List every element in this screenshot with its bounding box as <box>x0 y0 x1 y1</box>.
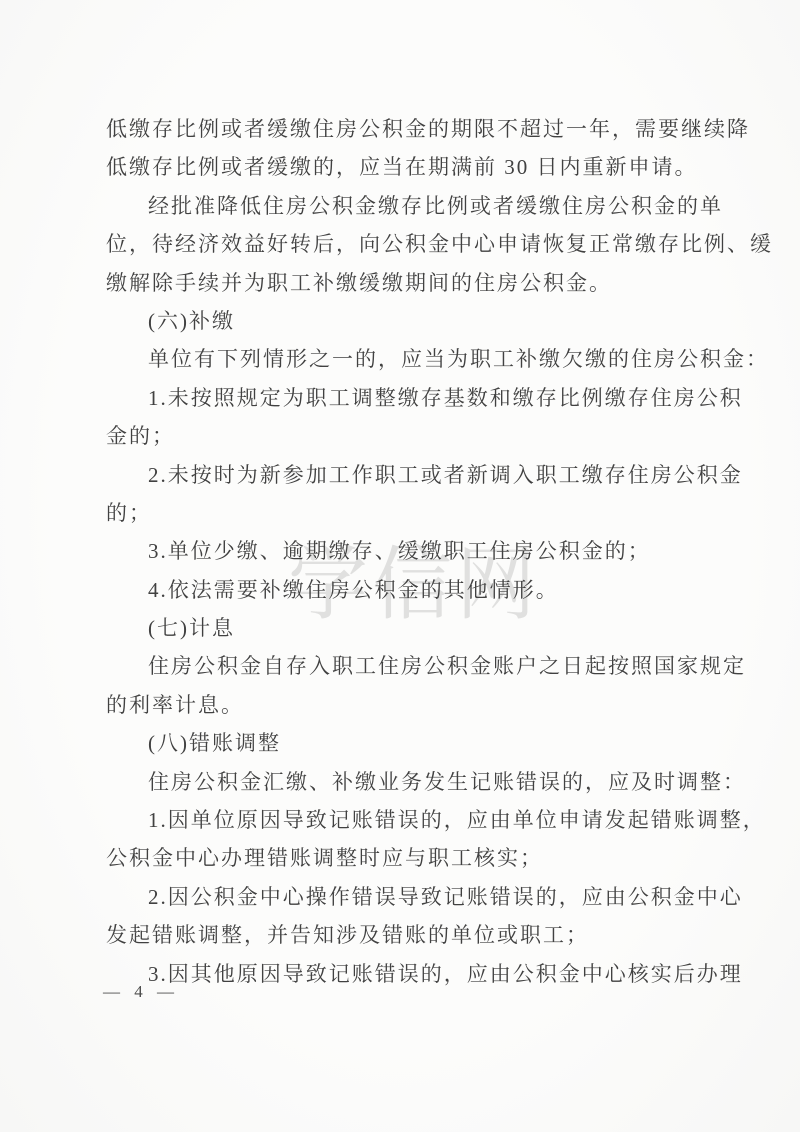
text-line: 金的； <box>106 417 736 455</box>
text-line: 的利率计息。 <box>106 686 736 724</box>
text-line: 1.因单位原因导致记账错误的，应由单位申请发起错账调整， <box>106 801 736 839</box>
text-layer: 低缴存比例或者缓缴住房公积金的期限不超过一年，需要继续降低缴存比例或者缓缴的，应… <box>106 110 736 993</box>
text-line: 经批准降低住房公积金缴存比例或者缓缴住房公积金的单 <box>106 187 736 225</box>
text-line: 缴解除手续并为职工补缴缓缴期间的住房公积金。 <box>106 264 736 302</box>
text-line: (七)计息 <box>106 609 736 647</box>
text-line: (八)错账调整 <box>106 724 736 762</box>
text-line: (六)补缴 <box>106 302 736 340</box>
text-line: 发起错账调整，并告知涉及错账的单位或职工； <box>106 916 736 954</box>
text-line: 住房公积金自存入职工住房公积金账户之日起按照国家规定 <box>106 647 736 685</box>
text-line: 的； <box>106 494 736 532</box>
text-line: 位，待经济效益好转后，向公积金中心申请恢复正常缴存比例、缓 <box>106 225 736 263</box>
text-line: 3.单位少缴、逾期缴存、缓缴职工住房公积金的； <box>106 532 736 570</box>
text-line: 单位有下列情形之一的，应当为职工补缴欠缴的住房公积金： <box>106 340 736 378</box>
text-line: 2.因公积金中心操作错误导致记账错误的，应由公积金中心 <box>106 878 736 916</box>
text-line: 住房公积金汇缴、补缴业务发生记账错误的，应及时调整： <box>106 763 736 801</box>
text-line: 公积金中心办理错账调整时应与职工核实； <box>106 839 736 877</box>
text-line: 2.未按时为新参加工作职工或者新调入职工缴存住房公积金 <box>106 456 736 494</box>
scanned-document-page: 学信网 低缴存比例或者缓缴住房公积金的期限不超过一年，需要继续降低缴存比例或者缓… <box>0 0 800 1132</box>
text-line: 低缴存比例或者缓缴住房公积金的期限不超过一年，需要继续降 <box>106 110 736 148</box>
text-line: 4.依法需要补缴住房公积金的其他情形。 <box>106 571 736 609</box>
page-number: — 4 — <box>103 982 179 1002</box>
text-line: 3.因其他原因导致记账错误的，应由公积金中心核实后办理 <box>106 955 736 993</box>
text-line: 1.未按照规定为职工调整缴存基数和缴存比例缴存住房公积 <box>106 379 736 417</box>
text-line: 低缴存比例或者缓缴的，应当在期满前 30 日内重新申请。 <box>106 148 736 186</box>
